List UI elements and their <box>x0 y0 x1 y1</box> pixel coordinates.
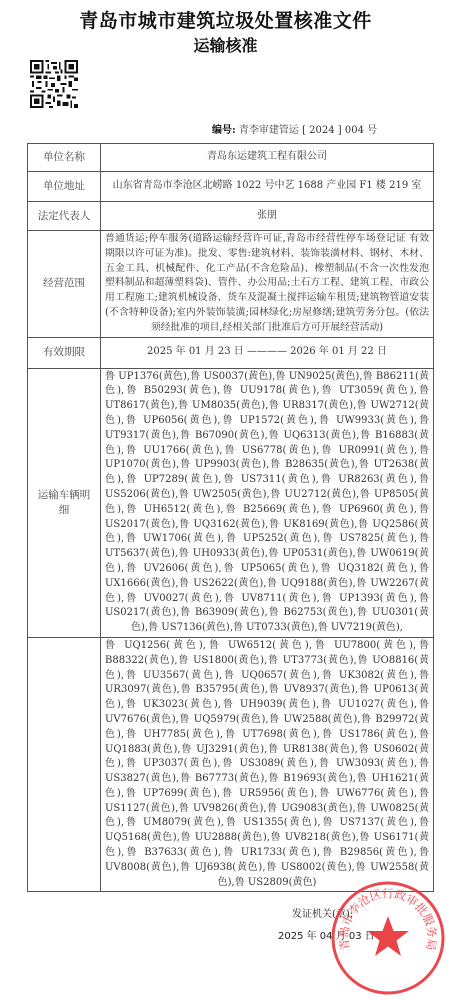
document-subtitle: 运输核准 <box>0 33 451 56</box>
document-title: 青岛市城市建筑垃圾处置核准文件 <box>0 6 451 33</box>
vehicle-list-part2: 鲁 UQ1256(黄色),鲁 UW6512(黄色),鲁 UU7800(黄色),鲁… <box>101 637 434 892</box>
vehicle-list-part1: 鲁 UP1376(黄色),鲁 US0037(黄色),鲁 UN9025(黄色),鲁… <box>101 368 434 637</box>
table-row-legal-representative: 法定代表人 张朋 <box>28 202 434 231</box>
table-row-vehicle-list-continued: 鲁 UQ1256(黄色),鲁 UW6512(黄色),鲁 UU7800(黄色),鲁… <box>28 637 434 892</box>
vehicle-list-label-line1: 运输车辆明 <box>38 489 91 501</box>
table-row-business-scope: 经营范围 普通货运;停车服务(道路运输经营许可证,青岛市经营性停车场登记证 有效… <box>28 231 434 338</box>
document-number-value: 青李审建管运 [ 2024 ] 004 号 <box>239 125 377 136</box>
business-scope-value: 普通货运;停车服务(道路运输经营许可证,青岛市经营性停车场登记证 有效期限以许可… <box>101 231 434 338</box>
official-seal-icon: 青岛市李沧区行政审批服务局 <box>328 878 448 998</box>
company-name-value: 青岛东运建筑工程有限公司 <box>101 144 434 172</box>
table-row-company-name: 单位名称 青岛东运建筑工程有限公司 <box>28 144 434 172</box>
document-number: 编号: 青李审建管运 [ 2024 ] 004 号 <box>212 121 377 136</box>
table-row-vehicle-list: 运输车辆明 细 鲁 UP1376(黄色),鲁 US0037(黄色),鲁 UN90… <box>28 368 434 637</box>
table-row-validity-period: 有效期限 2025 年 01 月 23 日 ———— 2026 年 01 月 2… <box>28 337 434 368</box>
vehicle-list-label-line2: 细 <box>59 504 70 516</box>
validity-period-value: 2025 年 01 月 23 日 ———— 2026 年 01 月 22 日 <box>101 337 434 368</box>
qr-code-icon <box>30 60 78 108</box>
legal-representative-value: 张朋 <box>101 202 434 231</box>
company-address-label: 单位地址 <box>28 172 101 202</box>
approval-table: 单位名称 青岛东运建筑工程有限公司 单位地址 山东省青岛市李沧区北崂路 1022… <box>27 143 434 892</box>
business-scope-label: 经营范围 <box>28 231 101 338</box>
company-address-value: 山东省青岛市李沧区北崂路 1022 号中艺 1688 产业园 F1 楼 219 … <box>101 172 434 202</box>
legal-representative-label: 法定代表人 <box>28 202 101 231</box>
validity-period-label: 有效期限 <box>28 337 101 368</box>
document-number-label: 编号: <box>212 125 236 136</box>
table-row-company-address: 单位地址 山东省青岛市李沧区北崂路 1022 号中艺 1688 产业园 F1 楼… <box>28 172 434 202</box>
vehicle-list-label-continued <box>28 637 101 892</box>
company-name-label: 单位名称 <box>28 144 101 172</box>
vehicle-list-label: 运输车辆明 细 <box>28 368 101 637</box>
